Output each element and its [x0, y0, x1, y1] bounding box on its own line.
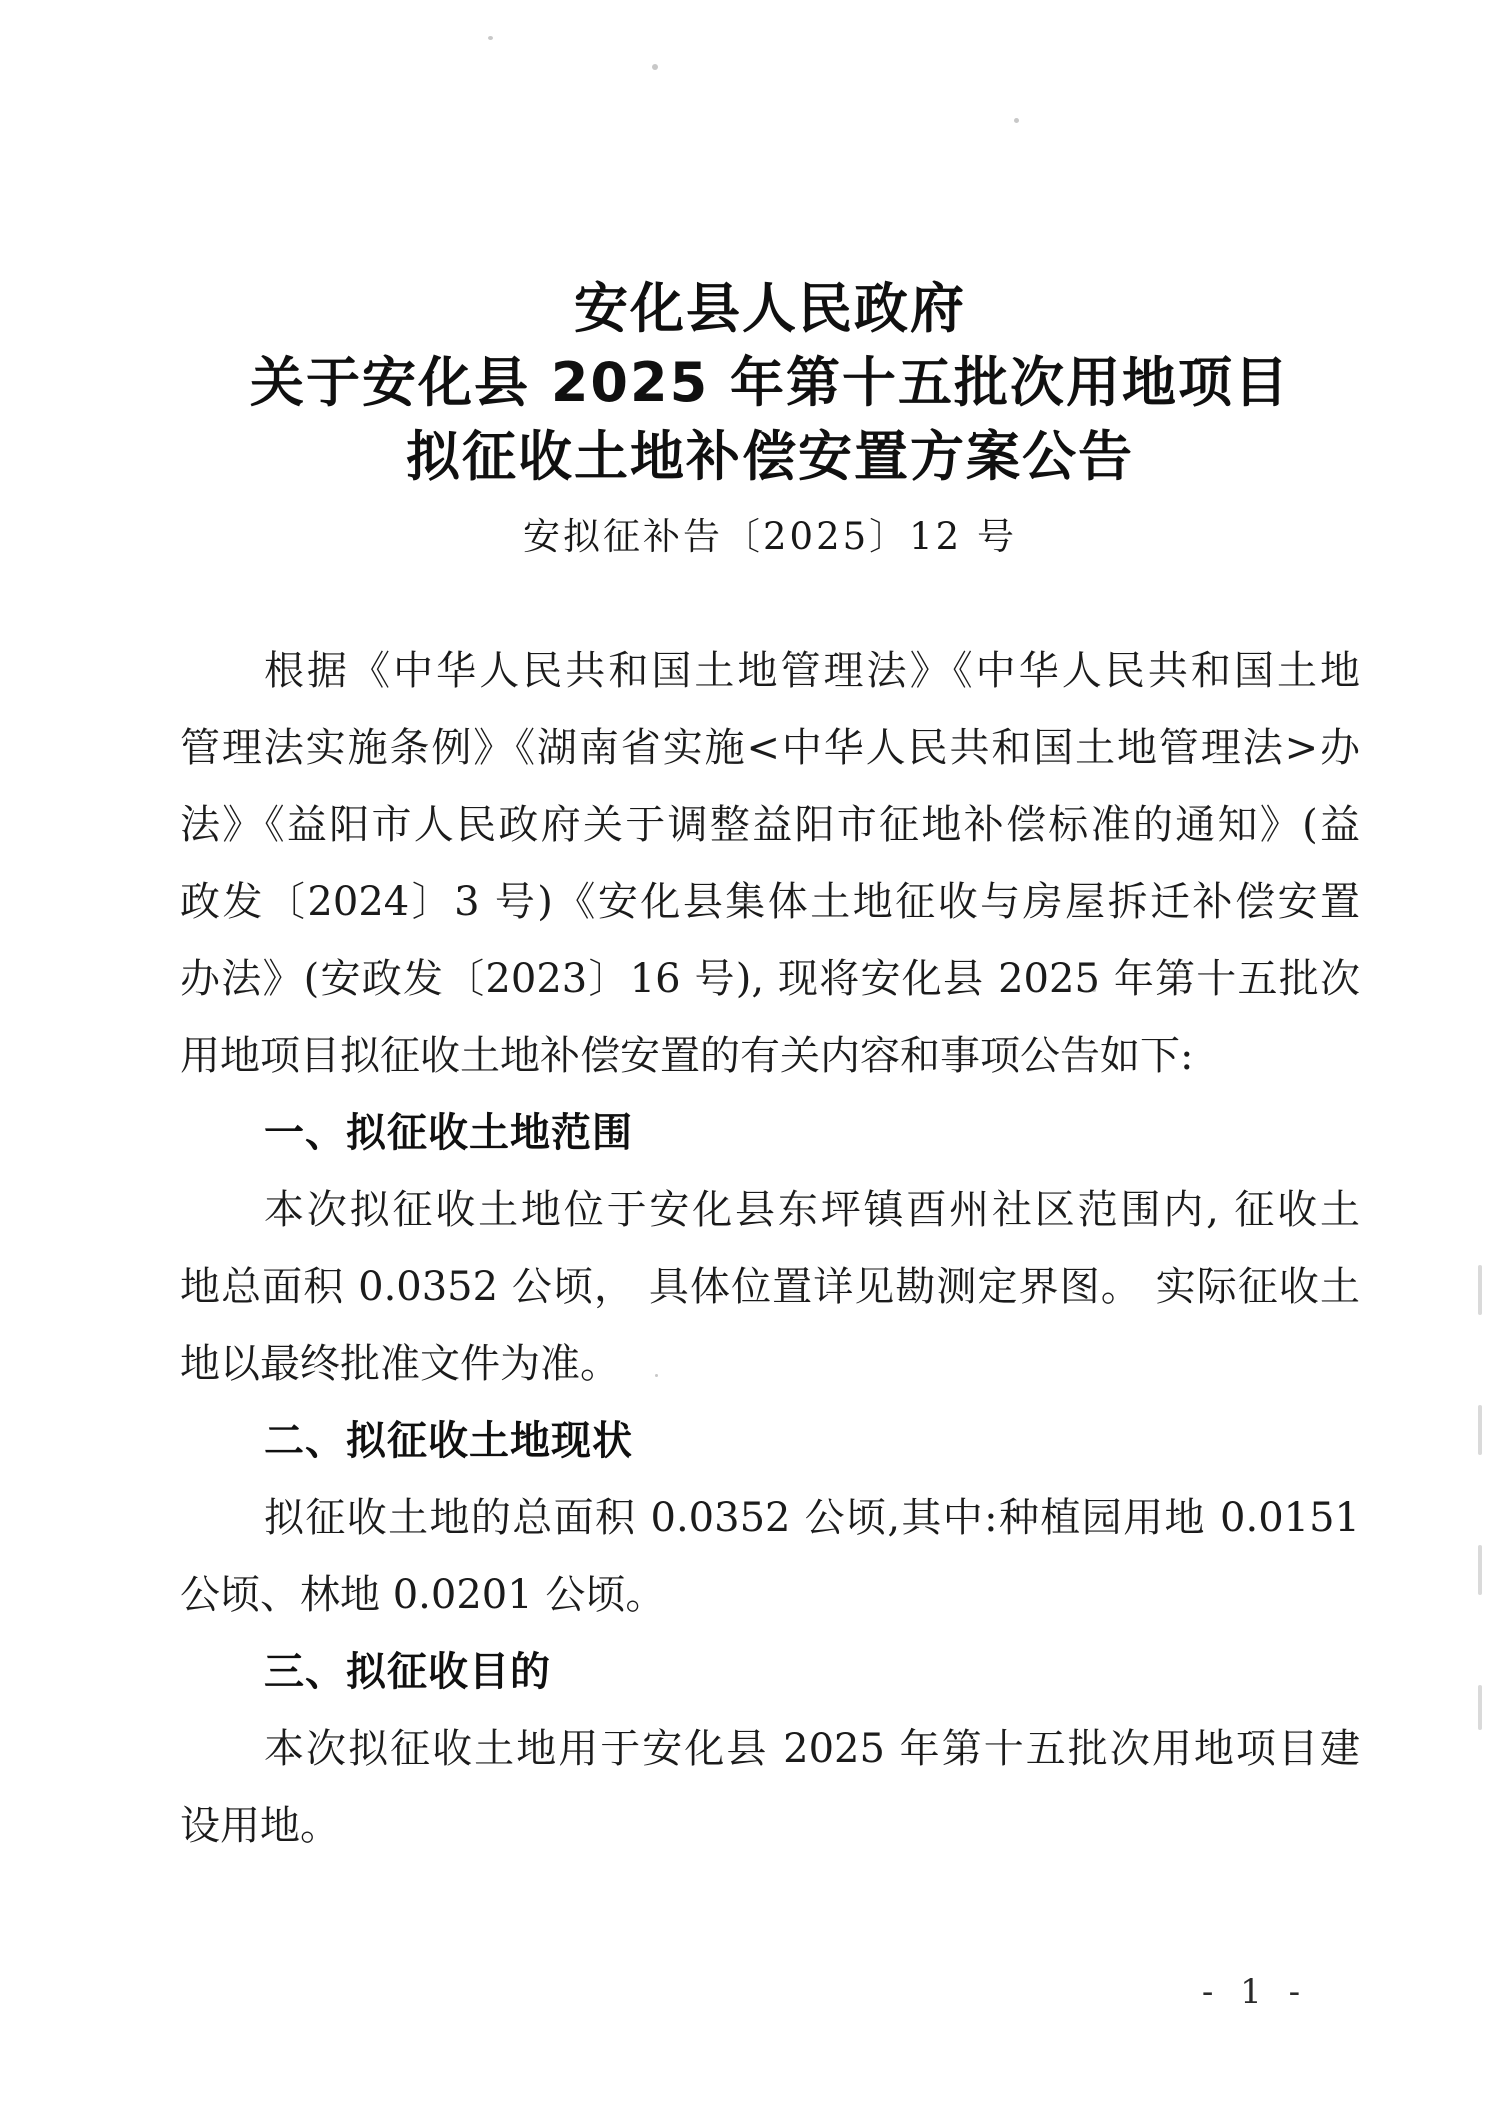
paragraph-land-scope: 本次拟征收土地位于安化县东坪镇酉州社区范围内, 征收土 地总面积 0.0352 … [180, 1172, 1360, 1403]
title-line-3: 拟征收土地补偿安置方案公告 [180, 420, 1360, 494]
page-number: - 1 - [1170, 1972, 1340, 2012]
body-line: 地总面积 0.0352 公顷， 具体位置详见勘测定界图。 实际征收土 [180, 1249, 1360, 1326]
body-line: 管理法实施条例》《湖南省实施<中华人民共和国土地管理法>办 [180, 710, 1360, 787]
section-heading-1: 一、拟征收土地范围 [180, 1095, 1360, 1172]
scan-edge-mark [1478, 1685, 1482, 1730]
scanned-document-page: 安化县人民政府 关于安化县 2025 年第十五批次用地项目 拟征收土地补偿安置方… [0, 0, 1488, 2104]
section-heading-3: 三、拟征收目的 [180, 1634, 1360, 1711]
scan-edge-mark [1478, 1405, 1482, 1455]
body-line: 用地项目拟征收土地补偿安置的有关内容和事项公告如下: [180, 1018, 1360, 1095]
body-line: 公顷、林地 0.0201 公顷。 [180, 1557, 1360, 1634]
body-line: 根据《中华人民共和国土地管理法》《中华人民共和国土地 [180, 633, 1360, 710]
body-line: 拟征收土地的总面积 0.0352 公顷,其中:种植园用地 0.0151 [180, 1480, 1360, 1557]
document-title: 安化县人民政府 关于安化县 2025 年第十五批次用地项目 拟征收土地补偿安置方… [180, 272, 1360, 494]
body-line: 本次拟征收土地用于安化县 2025 年第十五批次用地项目建 [180, 1711, 1360, 1788]
body-line: 办法》(安政发〔2023〕16 号), 现将安化县 2025 年第十五批次 [180, 941, 1360, 1018]
paragraph-land-purpose: 本次拟征收土地用于安化县 2025 年第十五批次用地项目建 设用地。 [180, 1711, 1360, 1865]
paragraph-legal-basis: 根据《中华人民共和国土地管理法》《中华人民共和国土地 管理法实施条例》《湖南省实… [180, 633, 1360, 1095]
scan-edge-mark [1478, 1265, 1482, 1315]
scan-speck [652, 64, 658, 70]
section-heading-2: 二、拟征收土地现状 [180, 1403, 1360, 1480]
scan-speck [488, 36, 493, 40]
body-line: 政发〔2024〕3 号)《安化县集体土地征收与房屋拆迁补偿安置 [180, 864, 1360, 941]
body-line: 设用地。 [180, 1788, 1360, 1865]
scan-edge-mark [1478, 1545, 1482, 1595]
document-body: 根据《中华人民共和国土地管理法》《中华人民共和国土地 管理法实施条例》《湖南省实… [180, 633, 1360, 1865]
body-line: 地以最终批准文件为准。 [180, 1326, 1360, 1403]
doc-number: 安拟征补告〔2025〕12 号 [180, 514, 1360, 560]
scan-speck [1014, 118, 1019, 123]
title-line-1: 安化县人民政府 [180, 272, 1360, 346]
body-line: 本次拟征收土地位于安化县东坪镇酉州社区范围内, 征收土 [180, 1172, 1360, 1249]
title-line-2: 关于安化县 2025 年第十五批次用地项目 [180, 346, 1360, 420]
body-line: 法》《益阳市人民政府关于调整益阳市征地补偿标准的通知》(益 [180, 787, 1360, 864]
paragraph-land-status: 拟征收土地的总面积 0.0352 公顷,其中:种植园用地 0.0151 公顷、林… [180, 1480, 1360, 1634]
